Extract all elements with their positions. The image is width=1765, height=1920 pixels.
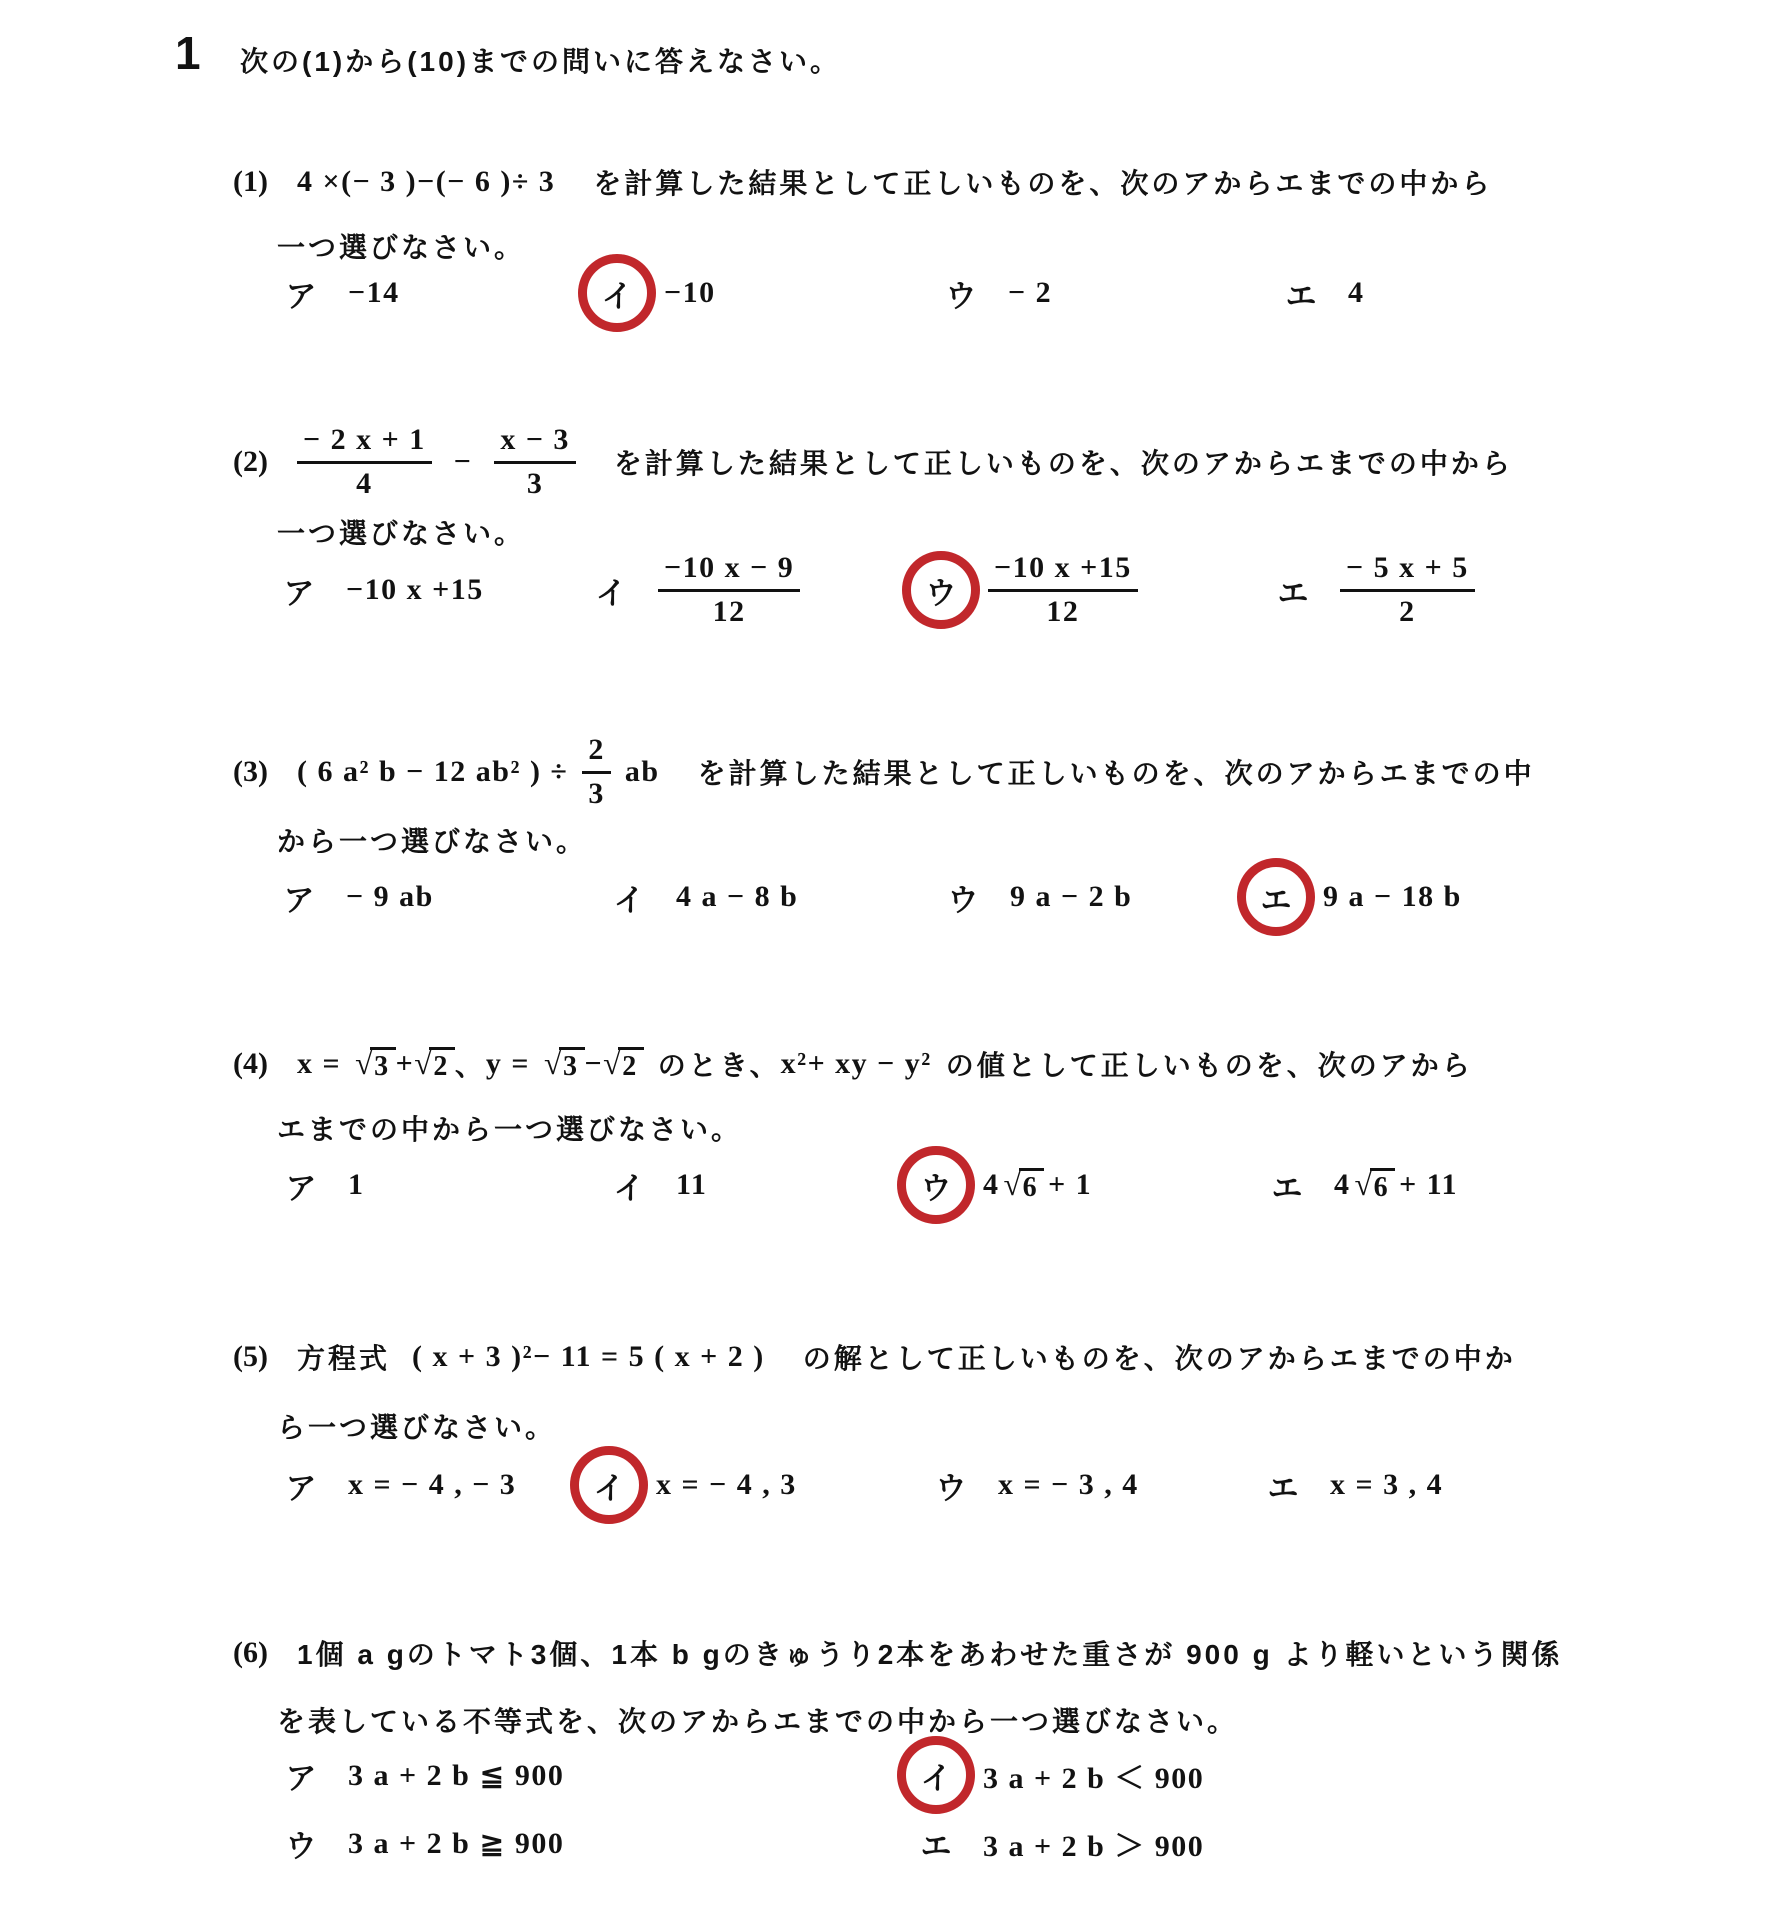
fraction-denominator: 2 xyxy=(1393,595,1422,630)
choice-label: ア xyxy=(286,1463,317,1508)
q3-prompt: を計算した結果として正しいものを、次のアからエまでの中 xyxy=(698,752,1535,792)
q2-operator: − xyxy=(454,445,473,479)
radicand: 3 xyxy=(370,1047,396,1081)
q3-choice-c: ウ 9 a − 2 b xyxy=(942,862,1132,932)
fraction-numerator: 2 xyxy=(582,733,611,768)
q4-choice-c-selected: ウ 4√6+ 1 xyxy=(915,1150,1092,1220)
section-number: 1 xyxy=(175,26,201,80)
radicand: 2 xyxy=(618,1047,644,1081)
sqrt-term: √6 xyxy=(1004,1168,1045,1202)
q1-choice-c: ウ − 2 xyxy=(940,258,1052,328)
q2-line1: (2) − 2 x + 1 4 − x − 3 3 を計算した結果として正しいも… xyxy=(233,416,1513,508)
choice-label: ウ xyxy=(286,1821,317,1866)
q1-choice-b-selected: イ −10 xyxy=(596,258,716,328)
coefficient: 4 xyxy=(1334,1168,1351,1202)
q4-prompt: の値として正しいものを、次のアから xyxy=(946,1044,1473,1084)
choice-fraction: − 5 x + 5 2 xyxy=(1340,551,1475,629)
choice-label: エ xyxy=(1268,1463,1299,1508)
choice-value: x = 3 , 4 xyxy=(1330,1468,1443,1502)
choice-label: ア xyxy=(286,271,317,316)
q2-choice-a: ア −10 x +15 xyxy=(278,540,484,640)
q3-expression-left: ( 6 a² b − 12 ab² ) ÷ xyxy=(297,755,568,789)
q5-number: (5) xyxy=(233,1340,297,1374)
fraction-bar xyxy=(658,589,800,592)
choice-value: 3 a + 2 b ＜ 900 xyxy=(983,1753,1204,1797)
q4-line2: エまでの中から一つ選びなさい。 xyxy=(277,1108,742,1148)
sqrt-term: √3 xyxy=(544,1047,585,1081)
choice-value: 4√6+ 11 xyxy=(1334,1168,1458,1202)
radicand: 3 xyxy=(559,1047,585,1081)
choice-value: − 2 xyxy=(1008,276,1052,310)
q3-number: (3) xyxy=(233,755,297,789)
q5-choice-c: ウ x = − 3 , 4 xyxy=(930,1450,1139,1520)
q1-choice-a: ア −14 xyxy=(280,258,400,328)
q3-choice-d-selected: エ 9 a − 18 b xyxy=(1255,862,1462,932)
choice-label: ウ xyxy=(948,875,979,920)
q5-line2: ら一つ選びなさい。 xyxy=(277,1406,556,1446)
q5-choice-b-selected: イ x = − 4 , 3 xyxy=(588,1450,797,1520)
choice-value: −10 x +15 xyxy=(346,573,484,607)
choice-value: 1 xyxy=(348,1168,365,1202)
sqrt-term: √6 xyxy=(1355,1168,1396,1202)
q2-choice-b: イ −10 x − 9 12 xyxy=(590,540,800,640)
choice-fraction: −10 x − 9 12 xyxy=(658,551,800,629)
choice-label: ア xyxy=(284,875,315,920)
q1-number: (1) xyxy=(233,165,297,199)
choice-label: エ xyxy=(1272,1163,1303,1208)
q4-choice-d: エ 4√6+ 11 xyxy=(1266,1150,1458,1220)
q1-line1: (1) 4 ×(− 3 )−(− 6 )÷ 3 を計算した結果として正しいものを… xyxy=(233,160,1492,204)
fraction-denominator: 3 xyxy=(521,467,550,502)
q4-text: のとき、 xyxy=(658,1044,781,1084)
choice-label: エ xyxy=(921,1821,952,1866)
sqrt-term: √2 xyxy=(414,1047,455,1081)
q6-choice-a: ア 3 a + 2 b ≦ 900 xyxy=(280,1740,564,1810)
choice-label: エ xyxy=(1261,875,1292,920)
q1-prompt: を計算した結果として正しいものを、次のアからエまでの中から xyxy=(593,162,1492,202)
radicand: 2 xyxy=(429,1047,455,1081)
sqrt-term: √2 xyxy=(603,1047,644,1081)
fraction-bar xyxy=(988,589,1138,592)
q6-line2: を表している不等式を、次のアからエまでの中から一つ選びなさい。 xyxy=(277,1700,1238,1740)
choice-fraction: −10 x +15 12 xyxy=(988,551,1138,629)
fraction-numerator: −10 x +15 xyxy=(988,551,1138,586)
q3-line2: から一つ選びなさい。 xyxy=(277,820,587,860)
choice-value: 3 a + 2 b ≦ 900 xyxy=(348,1758,564,1793)
q5-choice-d: エ x = 3 , 4 xyxy=(1262,1450,1443,1520)
fraction-numerator: −10 x − 9 xyxy=(658,551,800,586)
q4-choice-a: ア 1 xyxy=(280,1150,365,1220)
choice-label: イ xyxy=(602,271,633,316)
q5-line1: (5) 方程式 ( x + 3 )²− 11 = 5 ( x + 2 ) の解と… xyxy=(233,1333,1516,1381)
fraction-numerator: − 5 x + 5 xyxy=(1340,551,1475,586)
fraction-bar xyxy=(297,461,432,464)
choice-label: ウ xyxy=(921,1163,952,1208)
q3-choice-b: イ 4 a − 8 b xyxy=(608,862,798,932)
q2-choice-d: エ − 5 x + 5 2 xyxy=(1272,540,1475,640)
choice-label: エ xyxy=(1286,271,1317,316)
section-title: 次の(1)から(10)までの問いに答えなさい。 xyxy=(240,40,841,80)
choice-value: 4 a − 8 b xyxy=(676,880,798,914)
fraction-denominator: 12 xyxy=(1040,595,1085,630)
q6-number: (6) xyxy=(233,1636,297,1670)
choice-label: ウ xyxy=(926,568,957,613)
trailing-term: + 11 xyxy=(1399,1168,1458,1202)
choice-label: ア xyxy=(284,568,315,613)
choice-label: イ xyxy=(614,875,645,920)
choice-value: x = − 4 , − 3 xyxy=(348,1468,516,1502)
q4-choice-b: イ 11 xyxy=(608,1150,707,1220)
fraction-bar xyxy=(494,461,576,464)
q6-text: 1個 a gのトマト3個、1本 b gのきゅうり2本をあわせた重さが 900 g… xyxy=(297,1633,1562,1673)
choice-value: 3 a + 2 b ≧ 900 xyxy=(348,1826,564,1861)
q3-line1: (3) ( 6 a² b − 12 ab² ) ÷ 2 3 ab を計算した結果… xyxy=(233,728,1535,816)
q2-prompt: を計算した結果として正しいものを、次のアからエまでの中から xyxy=(614,442,1513,482)
q4-math: y = xyxy=(486,1047,530,1081)
q4-math: x²+ xy − y² xyxy=(781,1047,932,1081)
choice-value: 11 xyxy=(676,1168,707,1202)
q5-choice-a: ア x = − 4 , − 3 xyxy=(280,1450,516,1520)
q1-expression: 4 ×(− 3 )−(− 6 )÷ 3 xyxy=(297,165,555,199)
radicand: 6 xyxy=(1370,1168,1396,1202)
q6-choice-d: エ 3 a + 2 b ＞ 900 xyxy=(915,1808,1204,1878)
q3-choice-a: ア − 9 ab xyxy=(278,862,434,932)
trailing-term: + 1 xyxy=(1048,1168,1092,1202)
choice-label: ウ xyxy=(936,1463,967,1508)
fraction-denominator: 4 xyxy=(350,467,379,502)
q4-comma: 、 xyxy=(455,1044,486,1084)
q5-equation: ( x + 3 )²− 11 = 5 ( x + 2 ) xyxy=(412,1340,765,1374)
choice-value: 9 a − 2 b xyxy=(1010,880,1132,914)
choice-value: 4√6+ 1 xyxy=(983,1168,1092,1202)
q6-line1: (6) 1個 a gのトマト3個、1本 b gのきゅうり2本をあわせた重さが 9… xyxy=(233,1629,1562,1677)
radicand: 6 xyxy=(1019,1168,1045,1202)
fraction-bar xyxy=(582,771,611,774)
q1-choice-d: エ 4 xyxy=(1280,258,1365,328)
choice-value: −14 xyxy=(348,276,400,310)
fraction-denominator: 3 xyxy=(582,777,611,812)
q5-text: 方程式 xyxy=(297,1337,390,1377)
q2-choice-c-selected: ウ −10 x +15 12 xyxy=(920,540,1138,640)
choice-label: イ xyxy=(921,1753,952,1798)
choice-label: イ xyxy=(596,568,627,613)
choice-label: ア xyxy=(286,1753,317,1798)
sqrt-term: √3 xyxy=(355,1047,396,1081)
q2-number: (2) xyxy=(233,445,297,479)
q5-prompt: の解として正しいものを、次のアからエまでの中か xyxy=(803,1337,1516,1377)
q3-expression-right: ab xyxy=(625,755,660,789)
q6-choice-b-selected: イ 3 a + 2 b ＜ 900 xyxy=(915,1740,1204,1810)
choice-label: イ xyxy=(594,1463,625,1508)
fraction-denominator: 12 xyxy=(707,595,752,630)
q4-number: (4) xyxy=(233,1047,297,1081)
fraction-numerator: x − 3 xyxy=(494,423,576,458)
choice-label: エ xyxy=(1278,568,1309,613)
choice-value: x = − 3 , 4 xyxy=(998,1468,1139,1502)
choice-label: ウ xyxy=(946,271,977,316)
q4-line1: (4) x = √3 + √2 、 y = √3 − √2 のとき、 x²+ x… xyxy=(233,1040,1473,1088)
choice-value: − 9 ab xyxy=(346,880,434,914)
exam-paper-page: 1 次の(1)から(10)までの問いに答えなさい。 (1) 4 ×(− 3 )−… xyxy=(0,0,1765,1920)
q6-choice-c: ウ 3 a + 2 b ≧ 900 xyxy=(280,1808,564,1878)
choice-value: x = − 4 , 3 xyxy=(656,1468,797,1502)
q2-fraction-1: − 2 x + 1 4 xyxy=(297,423,432,501)
q4-math: − xyxy=(585,1047,604,1081)
choice-value: 4 xyxy=(1348,276,1365,310)
fraction-bar xyxy=(1340,589,1475,592)
choice-label: イ xyxy=(614,1163,645,1208)
coefficient: 4 xyxy=(983,1168,1000,1202)
choice-value: 9 a − 18 b xyxy=(1323,880,1462,914)
q4-math: + xyxy=(396,1047,415,1081)
fraction-numerator: − 2 x + 1 xyxy=(297,423,432,458)
q2-fraction-2: x − 3 3 xyxy=(494,423,576,501)
q3-fraction: 2 3 xyxy=(582,733,611,811)
q4-math: x = xyxy=(297,1047,341,1081)
choice-value: −10 xyxy=(664,276,716,310)
choice-label: ア xyxy=(286,1163,317,1208)
choice-value: 3 a + 2 b ＞ 900 xyxy=(983,1821,1204,1865)
